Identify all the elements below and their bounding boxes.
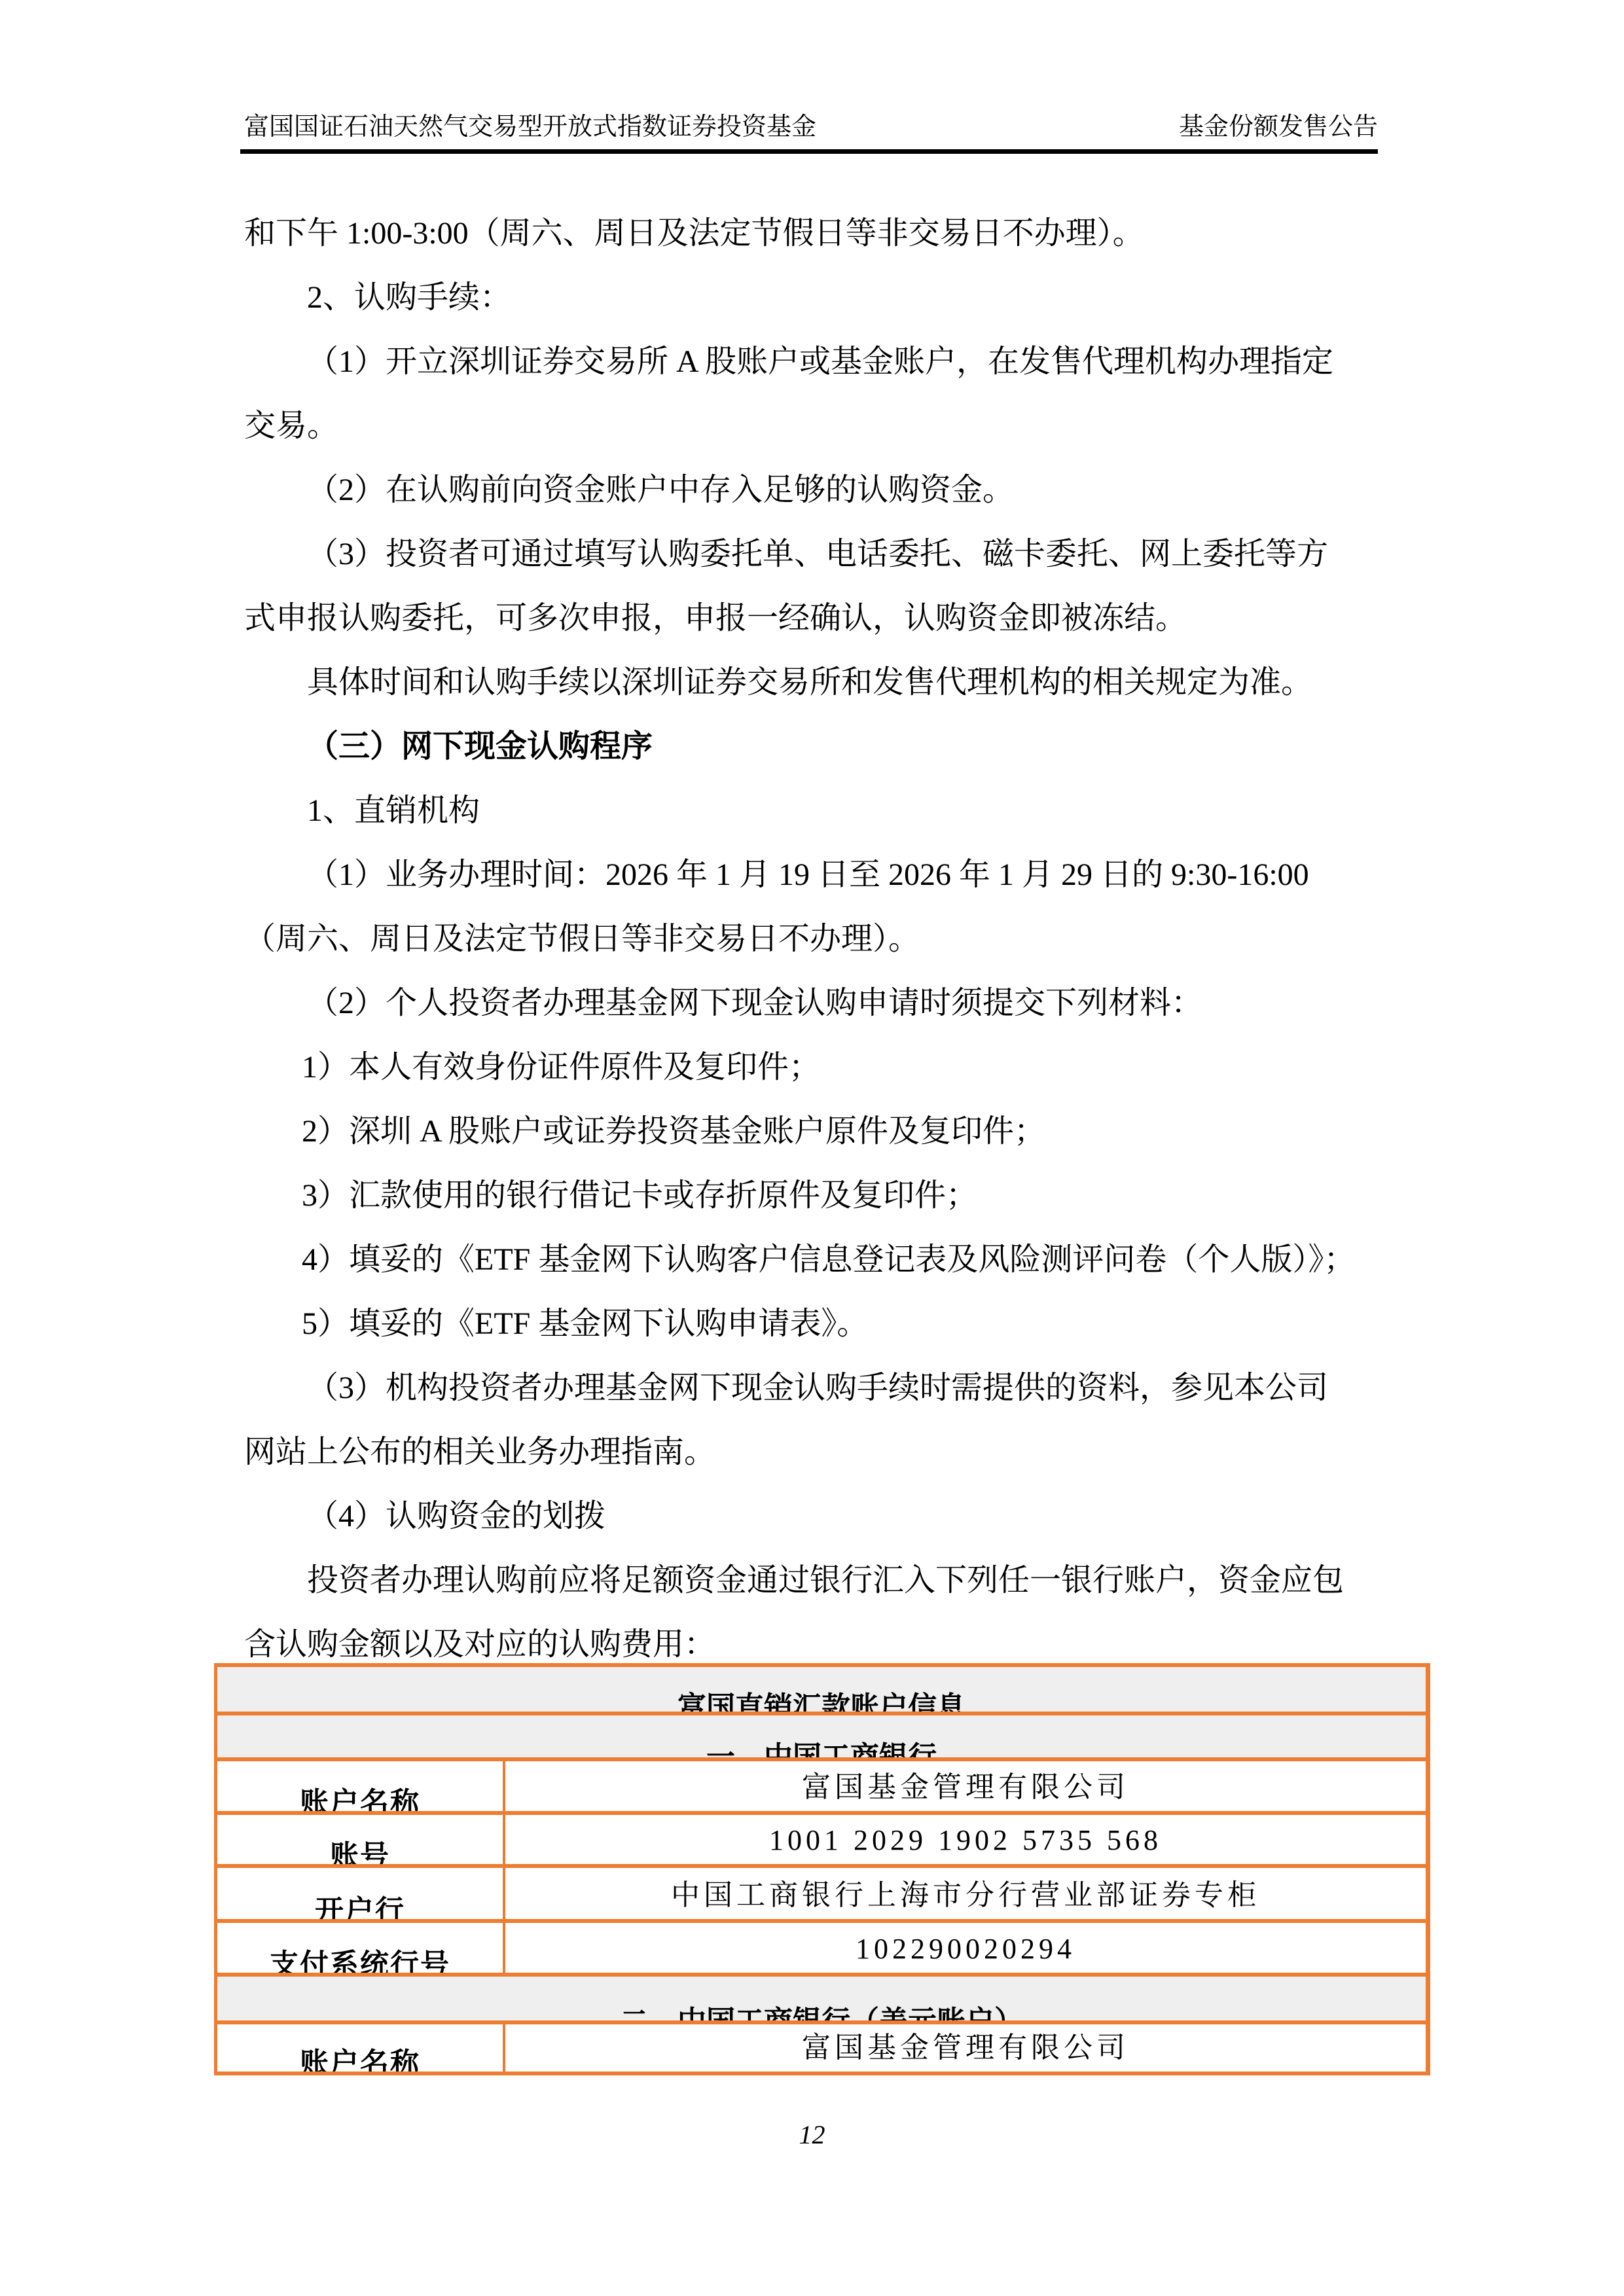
table-row: 账户名称 富国基金管理有限公司	[217, 2020, 1426, 2072]
paragraph: （2）在认购前向资金账户中存入足够的认购资金。	[244, 458, 1383, 522]
row-label-cell: 账户名称	[217, 2024, 505, 2072]
header-doc-type: 基金份额发售公告	[1179, 113, 1378, 141]
row-value: 富国基金管理有限公司	[505, 1772, 1426, 1803]
row-label: 账户名称	[217, 2048, 503, 2072]
row-label: 账户名称	[217, 1787, 503, 1811]
row-value: 1001 2029 1902 5735 568	[505, 1825, 1426, 1856]
row-label: 开户行	[217, 1895, 503, 1919]
table-title-row: 富国直销汇款账户信息	[217, 1667, 1426, 1712]
table-row: 支付系统行号 102290020294	[217, 1919, 1426, 1973]
paragraph: 2、认购手续：	[244, 266, 1383, 330]
row-value-cell: 1001 2029 1902 5735 568	[505, 1815, 1426, 1864]
page-number: 12	[0, 2119, 1624, 2150]
row-label-cell: 账户名称	[217, 1761, 505, 1811]
paragraph: 网站上公布的相关业务办理指南。	[244, 1420, 1383, 1484]
row-label: 支付系统行号	[217, 1949, 503, 1973]
paragraph: （3）投资者可通过填写认购委托单、电话委托、磁卡委托、网上委托等方	[244, 522, 1383, 586]
header-doc-title: 富国国证石油天然气交易型开放式指数证券投资基金	[244, 113, 816, 141]
table-section-label: 一、中国工商银行	[217, 1742, 1426, 1757]
row-value: 102290020294	[505, 1933, 1426, 1965]
section-heading: （三）网下现金认购程序	[244, 715, 1383, 779]
list-item: 1）本人有效身份证件原件及复印件；	[244, 1035, 1383, 1100]
paragraph: （1）业务办理时间：2026 年 1 月 19 日至 2026 年 1 月 29…	[244, 843, 1383, 907]
table-row: 账号 1001 2029 1902 5735 568	[217, 1811, 1426, 1864]
paragraph: （4）认购资金的划拨	[244, 1484, 1383, 1549]
table-row: 开户行 中国工商银行上海市分行营业部证券专柜	[217, 1864, 1426, 1919]
paragraph: 1、直销机构	[244, 779, 1383, 843]
paragraph: 投资者办理认购前应将足额资金通过银行汇入下列任一银行账户，资金应包	[244, 1549, 1383, 1613]
row-value-cell: 102290020294	[505, 1923, 1426, 1973]
paragraph: 和下午 1:00-3:00（周六、周日及法定节假日等非交易日不办理）。	[244, 202, 1383, 266]
list-item: 2）深圳 A 股账户或证券投资基金账户原件及复印件；	[244, 1100, 1383, 1164]
list-item: 3）汇款使用的银行借记卡或存折原件及复印件；	[244, 1164, 1383, 1228]
list-item: 4）填妥的《ETF 基金网下认购客户信息登记表及风险测评问卷（个人版）》；	[244, 1228, 1383, 1292]
row-value-cell: 中国工商银行上海市分行营业部证券专柜	[505, 1868, 1426, 1919]
header-rule	[240, 149, 1378, 154]
paragraph: （1）开立深圳证券交易所 A 股账户或基金账户，在发售代理机构办理指定	[244, 330, 1383, 394]
row-label: 账号	[217, 1840, 503, 1864]
row-label-cell: 开户行	[217, 1868, 505, 1919]
table-row: 账户名称 富国基金管理有限公司	[217, 1757, 1426, 1811]
table-section-label: 二、中国工商银行（美元账户）	[217, 2006, 1426, 2020]
document-page: 富国国证石油天然气交易型开放式指数证券投资基金 基金份额发售公告 和下午 1:0…	[0, 0, 1624, 2296]
paragraph: （周六、周日及法定节假日等非交易日不办理）。	[244, 907, 1383, 971]
paragraph: 式申报认购委托，可多次申报，申报一经确认，认购资金即被冻结。	[244, 586, 1383, 651]
row-value: 富国基金管理有限公司	[505, 2032, 1426, 2064]
paragraph: （3）机构投资者办理基金网下现金认购手续时需提供的资料，参见本公司	[244, 1356, 1383, 1420]
row-value-cell: 富国基金管理有限公司	[505, 2024, 1426, 2072]
body-text: 和下午 1:00-3:00（周六、周日及法定节假日等非交易日不办理）。 2、认购…	[244, 202, 1383, 1677]
row-label-cell: 账号	[217, 1815, 505, 1864]
paragraph: 具体时间和认购手续以深圳证券交易所和发售代理机构的相关规定为准。	[244, 651, 1383, 715]
row-value-cell: 富国基金管理有限公司	[505, 1761, 1426, 1811]
table-section-row: 二、中国工商银行（美元账户）	[217, 1973, 1426, 2020]
row-label-cell: 支付系统行号	[217, 1923, 505, 1973]
paragraph: （2）个人投资者办理基金网下现金认购申请时须提交下列材料：	[244, 971, 1383, 1035]
list-item: 5）填妥的《ETF 基金网下认购申请表》。	[244, 1292, 1383, 1356]
table-title: 富国直销汇款账户信息	[217, 1692, 1426, 1712]
table-section-row: 一、中国工商银行	[217, 1712, 1426, 1757]
remittance-account-table: 富国直销汇款账户信息 一、中国工商银行 账户名称 富国基金管理有限公司 账号 1…	[214, 1663, 1430, 2075]
paragraph: 交易。	[244, 394, 1383, 458]
row-value: 中国工商银行上海市分行营业部证券专柜	[505, 1880, 1426, 1911]
